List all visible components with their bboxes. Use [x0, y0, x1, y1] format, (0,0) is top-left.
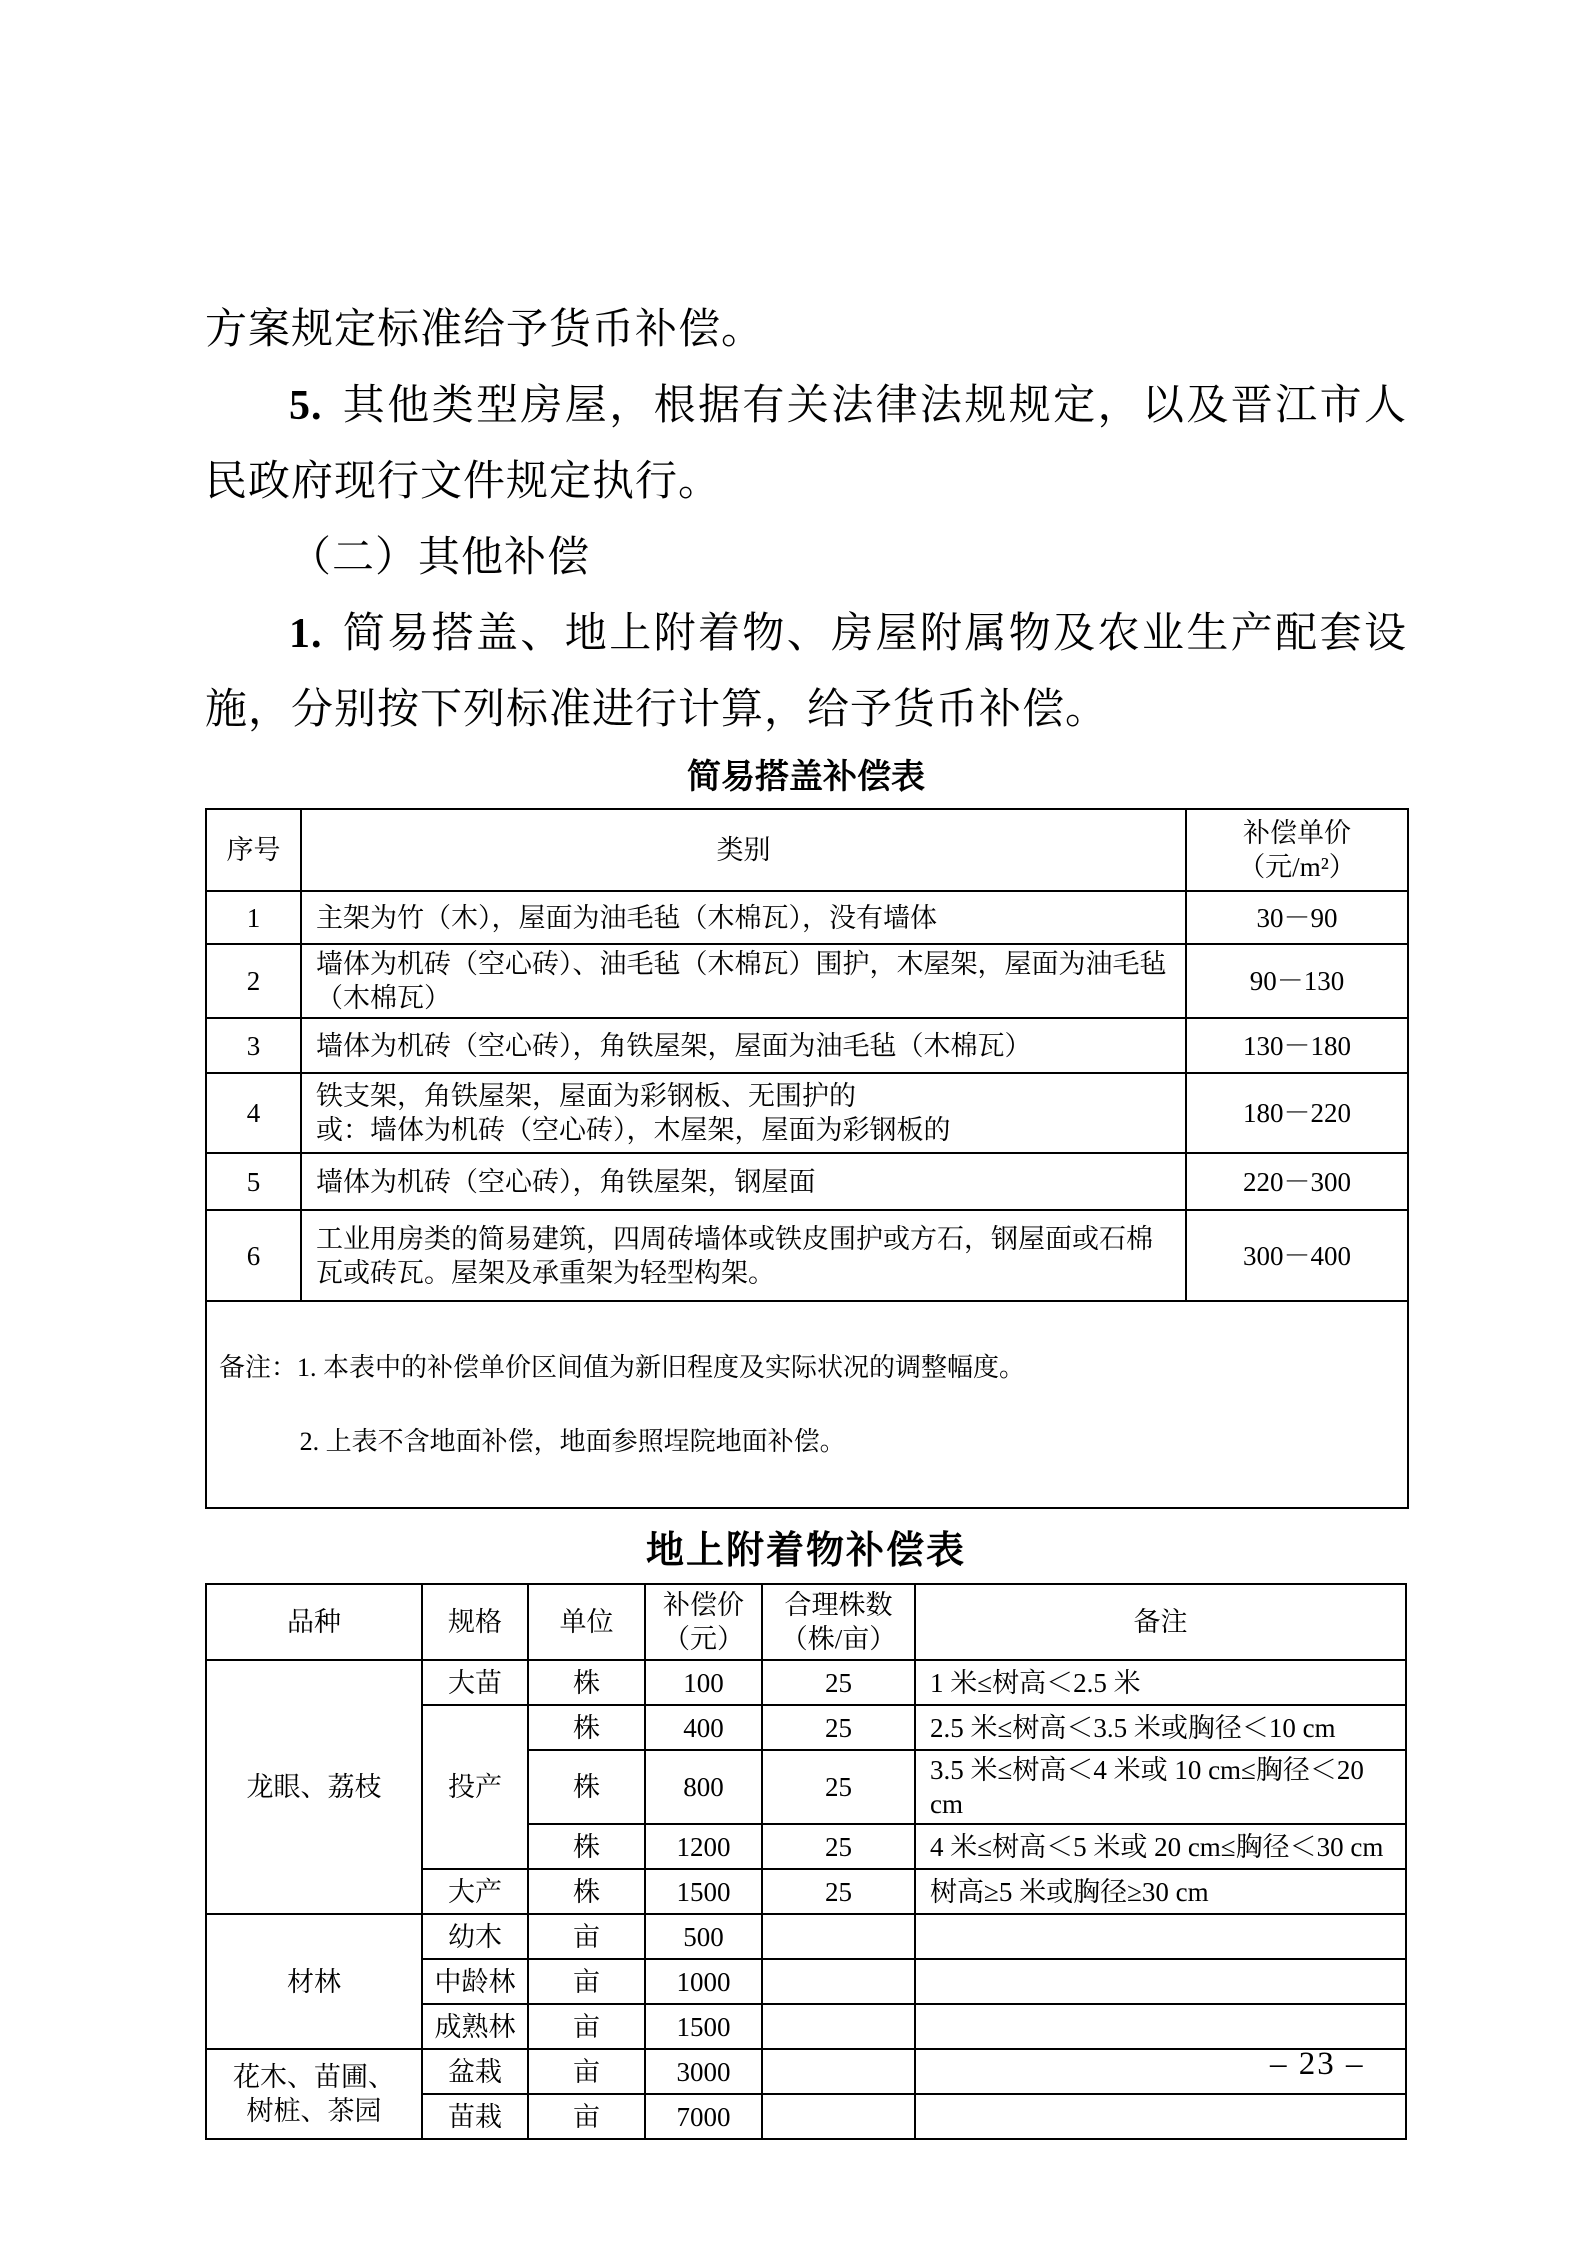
row-spec: 幼木 [422, 1914, 528, 1959]
row-price: 180－220 [1186, 1073, 1408, 1153]
table2-header-spec: 规格 [422, 1584, 528, 1660]
species-nursery-garden: 花木、苗圃、 树桩、茶园 [206, 2049, 422, 2139]
page-number: – 23 – [1270, 2046, 1365, 2083]
table2-header-unit: 单位 [528, 1584, 645, 1660]
row-count: 25 [762, 1869, 915, 1914]
table1-notes-row: 备注：1. 本表中的补偿单价区间值为新旧程度及实际状况的调整幅度。 2. 上表不… [206, 1301, 1408, 1508]
row-note: 树高≥5 米或胸径≥30 cm [915, 1869, 1406, 1914]
row-price: 1200 [645, 1824, 762, 1869]
table2-header-count: 合理株数 （株/亩） [762, 1584, 915, 1660]
row-no: 4 [206, 1073, 301, 1153]
row-note [915, 1959, 1406, 2004]
row-unit: 亩 [528, 1914, 645, 1959]
table-row: 2 墙体为机砖（空心砖）、油毛毡（木棉瓦）围护，木屋架，屋面为油毛毡（木棉瓦） … [206, 944, 1408, 1018]
row-price: 1000 [645, 1959, 762, 2004]
row-note [915, 2004, 1406, 2049]
row-note: 2.5 米≤树高＜3.5 米或胸径＜10 cm [915, 1705, 1406, 1750]
table-row: 4 铁支架，角铁屋架，屋面为彩钢板、无围护的 或：墙体为机砖（空心砖），木屋架，… [206, 1073, 1408, 1153]
paragraph-simple-structures: 1.简易搭盖、地上附着物、房屋附属物及农业生产配套设施，分别按下列标准进行计算，… [205, 596, 1407, 748]
table-row: 花木、苗圃、 树桩、茶园 盆栽 亩 3000 [206, 2049, 1406, 2094]
row-note: 4 米≤树高＜5 米或 20 cm≤胸径＜30 cm [915, 1824, 1406, 1869]
paragraph-other-house-types: 5.其他类型房屋，根据有关法律法规规定，以及晋江市人民政府现行文件规定执行。 [205, 368, 1407, 520]
row-note [915, 2094, 1406, 2139]
row-count: 25 [762, 1705, 915, 1750]
table1-header-category: 类别 [301, 809, 1186, 891]
note-line-1: 备注：1. 本表中的补偿单价区间值为新旧程度及实际状况的调整幅度。 [219, 1349, 1397, 1386]
row-spec: 成熟林 [422, 2004, 528, 2049]
row-unit: 株 [528, 1660, 645, 1705]
table-row: 6 工业用房类的简易建筑，四周砖墙体或铁皮围护或方石，钢屋面或石棉瓦或砖瓦。屋架… [206, 1210, 1408, 1301]
row-unit: 株 [528, 1750, 645, 1824]
row-unit: 株 [528, 1824, 645, 1869]
row-count: 25 [762, 1750, 915, 1824]
row-spec: 盆栽 [422, 2049, 528, 2094]
row-price: 3000 [645, 2049, 762, 2094]
row-unit: 株 [528, 1705, 645, 1750]
table-row: 材林 幼木 亩 500 [206, 1914, 1406, 1959]
ground-attachments-compensation-table: 品种 规格 单位 补偿价 （元） 合理株数 （株/亩） 备注 龙眼、荔枝 大苗 … [205, 1583, 1407, 2140]
row-count [762, 2004, 915, 2049]
document-content: 方案规定标准给予货币补偿。 5.其他类型房屋，根据有关法律法规规定，以及晋江市人… [205, 292, 1407, 2140]
row-price: 220－300 [1186, 1153, 1408, 1210]
row-no: 3 [206, 1018, 301, 1073]
row-price: 300－400 [1186, 1210, 1408, 1301]
row-count: 25 [762, 1660, 915, 1705]
row-category: 主架为竹（木），屋面为油毛毡（木棉瓦），没有墙体 [301, 891, 1186, 944]
species-longan-lychee: 龙眼、荔枝 [206, 1660, 422, 1914]
row-spec: 中龄林 [422, 1959, 528, 2004]
row-count [762, 1959, 915, 2004]
row-price: 800 [645, 1750, 762, 1824]
row-unit: 亩 [528, 1959, 645, 2004]
table1-header-no: 序号 [206, 809, 301, 891]
table-row: 5 墙体为机砖（空心砖），角铁屋架，钢屋面 220－300 [206, 1153, 1408, 1210]
species-timber-forest: 材林 [206, 1914, 422, 2049]
row-no: 5 [206, 1153, 301, 1210]
row-no: 1 [206, 891, 301, 944]
row-unit: 亩 [528, 2094, 645, 2139]
section-heading-other-compensation: （二）其他补偿 [205, 520, 1407, 596]
row-category: 墙体为机砖（空心砖），角铁屋架，钢屋面 [301, 1153, 1186, 1210]
table2-header-note: 备注 [915, 1584, 1406, 1660]
row-price: 1500 [645, 2004, 762, 2049]
paragraph-continuation: 方案规定标准给予货币补偿。 [205, 292, 1407, 368]
row-unit: 亩 [528, 2004, 645, 2049]
row-note [915, 1914, 1406, 1959]
row-price: 90－130 [1186, 944, 1408, 1018]
table1-title: 简易搭盖补偿表 [205, 756, 1407, 800]
row-price: 400 [645, 1705, 762, 1750]
row-note: 3.5 米≤树高＜4 米或 10 cm≤胸径＜20 cm [915, 1750, 1406, 1824]
row-category: 墙体为机砖（空心砖）、油毛毡（木棉瓦）围护，木屋架，屋面为油毛毡（木棉瓦） [301, 944, 1186, 1018]
table-row: 1 主架为竹（木），屋面为油毛毡（木棉瓦），没有墙体 30－90 [206, 891, 1408, 944]
row-count [762, 2049, 915, 2094]
document-page: 方案规定标准给予货币补偿。 5.其他类型房屋，根据有关法律法规规定，以及晋江市人… [0, 0, 1587, 2245]
list-number-1: 1. [289, 611, 323, 657]
table2-header-price: 补偿价 （元） [645, 1584, 762, 1660]
table2-title: 地上附着物补偿表 [205, 1527, 1407, 1575]
row-spec: 大产 [422, 1869, 528, 1914]
spec-producing: 投产 [422, 1705, 528, 1869]
row-no: 2 [206, 944, 301, 1018]
row-spec: 苗栽 [422, 2094, 528, 2139]
row-category: 墙体为机砖（空心砖），角铁屋架，屋面为油毛毡（木棉瓦） [301, 1018, 1186, 1073]
simple-structure-compensation-table: 序号 类别 补偿单价（元/m²） 1 主架为竹（木），屋面为油毛毡（木棉瓦），没… [205, 808, 1409, 1509]
table1-notes: 备注：1. 本表中的补偿单价区间值为新旧程度及实际状况的调整幅度。 2. 上表不… [206, 1301, 1408, 1508]
row-price: 7000 [645, 2094, 762, 2139]
list-number-5: 5. [289, 383, 323, 429]
table1-header-row: 序号 类别 补偿单价（元/m²） [206, 809, 1408, 891]
row-price: 30－90 [1186, 891, 1408, 944]
table1-header-price: 补偿单价（元/m²） [1186, 809, 1408, 891]
row-price: 100 [645, 1660, 762, 1705]
row-count: 25 [762, 1824, 915, 1869]
row-spec: 大苗 [422, 1660, 528, 1705]
row-category: 铁支架，角铁屋架，屋面为彩钢板、无围护的 或：墙体为机砖（空心砖），木屋架，屋面… [301, 1073, 1186, 1153]
row-category: 工业用房类的简易建筑，四周砖墙体或铁皮围护或方石，钢屋面或石棉瓦或砖瓦。屋架及承… [301, 1210, 1186, 1301]
row-unit: 株 [528, 1869, 645, 1914]
row-price: 500 [645, 1914, 762, 1959]
row-no: 6 [206, 1210, 301, 1301]
table2-header-row: 品种 规格 单位 补偿价 （元） 合理株数 （株/亩） 备注 [206, 1584, 1406, 1660]
table-row: 3 墙体为机砖（空心砖），角铁屋架，屋面为油毛毡（木棉瓦） 130－180 [206, 1018, 1408, 1073]
table2-header-species: 品种 [206, 1584, 422, 1660]
table-row: 龙眼、荔枝 大苗 株 100 25 1 米≤树高＜2.5 米 [206, 1660, 1406, 1705]
row-price: 1500 [645, 1869, 762, 1914]
paragraph-text: 其他类型房屋，根据有关法律法规规定，以及晋江市人民政府现行文件规定执行。 [205, 383, 1407, 505]
paragraph-text: 简易搭盖、地上附着物、房屋附属物及农业生产配套设施，分别按下列标准进行计算，给予… [205, 611, 1407, 733]
row-price: 130－180 [1186, 1018, 1408, 1073]
row-note: 1 米≤树高＜2.5 米 [915, 1660, 1406, 1705]
note-line-2: 2. 上表不含地面补偿，地面参照埕院地面补偿。 [300, 1423, 1397, 1460]
row-unit: 亩 [528, 2049, 645, 2094]
row-count [762, 1914, 915, 1959]
row-count [762, 2094, 915, 2139]
